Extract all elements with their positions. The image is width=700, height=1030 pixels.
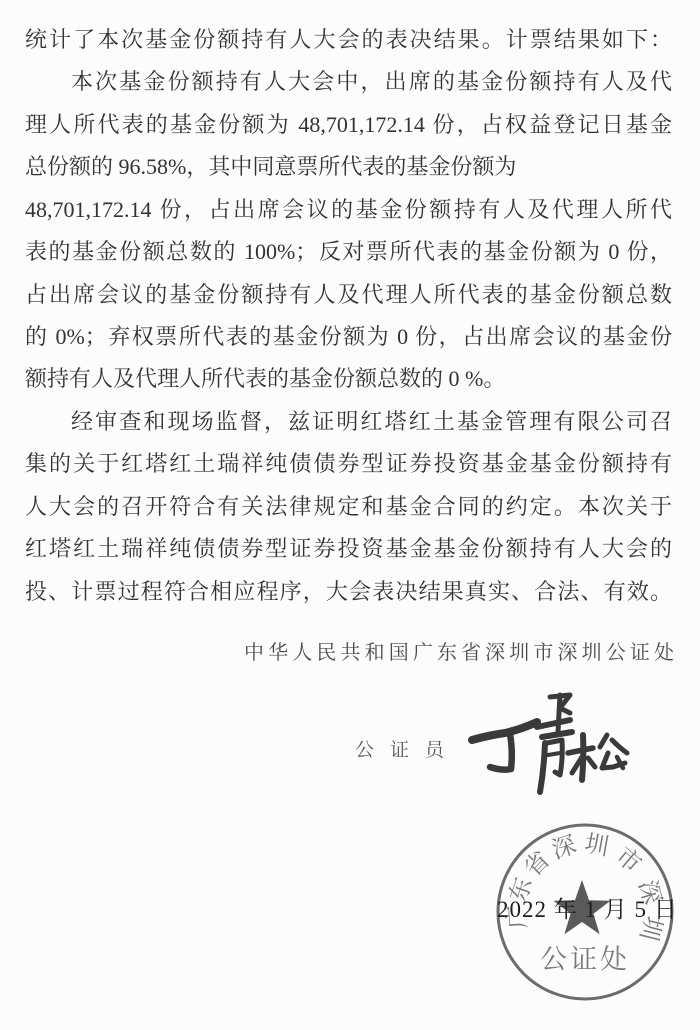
body-line: 额持有人及代理人所代表的基金份额总数的 0 %。 bbox=[25, 358, 672, 400]
paragraph-vote-results: 本次基金份额持有人大会中，出席的基金份额持有人及代 理人所代表的基金份额为 48… bbox=[25, 61, 672, 401]
body-line: 占出席会议的基金份额持有人及代理人所代表的基金份额总数 bbox=[25, 274, 672, 316]
body-line: 的 0%；弃权票所代表的基金份额为 0 份，占出席会议的基金份 bbox=[25, 316, 672, 358]
notary-signature bbox=[460, 685, 640, 805]
body-line: 本次基金份额持有人大会中，出席的基金份额持有人及代 bbox=[25, 61, 672, 103]
notary-office-name: 中华人民共和国广东省深圳市深圳公证处 bbox=[244, 637, 674, 667]
body-line: 集的关于红塔红土瑞祥纯债债券型证券投资基金基金份额持有 bbox=[25, 443, 672, 485]
body-line: 统计了本次基金份额持有人大会的表决结果。计票结果如下： bbox=[25, 19, 672, 61]
body-line: 48,701,172.14 份，占出席会议的基金份额持有人及代理人所代 bbox=[25, 189, 672, 231]
body-line: 人大会的召开符合有关法律规定和基金合同的约定。本次关于 bbox=[25, 486, 672, 528]
paragraph-certification: 经审查和现场监督，兹证明红塔红土基金管理有限公司召 集的关于红塔红土瑞祥纯债债券… bbox=[25, 401, 672, 613]
seal-bottom-text: 公证处 bbox=[540, 945, 630, 976]
document-page: 统计了本次基金份额持有人大会的表决结果。计票结果如下： 本次基金份额持有人大会中… bbox=[0, 0, 700, 1030]
body-line: 投、计票过程符合相应程序，大会表决结果真实、合法、有效。 bbox=[25, 571, 672, 613]
body-line: 总份额的 96.58%，其中同意票所代表的基金份额为 bbox=[25, 146, 672, 188]
issue-date: 2022 年 1 月 5 日 bbox=[497, 897, 678, 923]
body-line: 经审查和现场监督，兹证明红塔红土基金管理有限公司召 bbox=[25, 401, 672, 443]
body-line: 红塔红土瑞祥纯债债券型证券投资基金基金份额持有人大会的 bbox=[25, 528, 672, 570]
body-line: 理人所代表的基金份额为 48,701,172.14 份，占权益登记日基金 bbox=[25, 104, 672, 146]
body-text: 统计了本次基金份额持有人大会的表决结果。计票结果如下： 本次基金份额持有人大会中… bbox=[25, 19, 672, 613]
seal-arc-char: 深 bbox=[548, 830, 579, 864]
body-line: 表的基金份额总数的 100%；反对票所代表的基金份额为 0 份， bbox=[25, 231, 672, 273]
notary-label: 公证员 bbox=[355, 736, 460, 764]
seal-arc-char: 圳 bbox=[583, 829, 611, 861]
paragraph-vote-tally-intro: 统计了本次基金份额持有人大会的表决结果。计票结果如下： bbox=[25, 19, 672, 61]
